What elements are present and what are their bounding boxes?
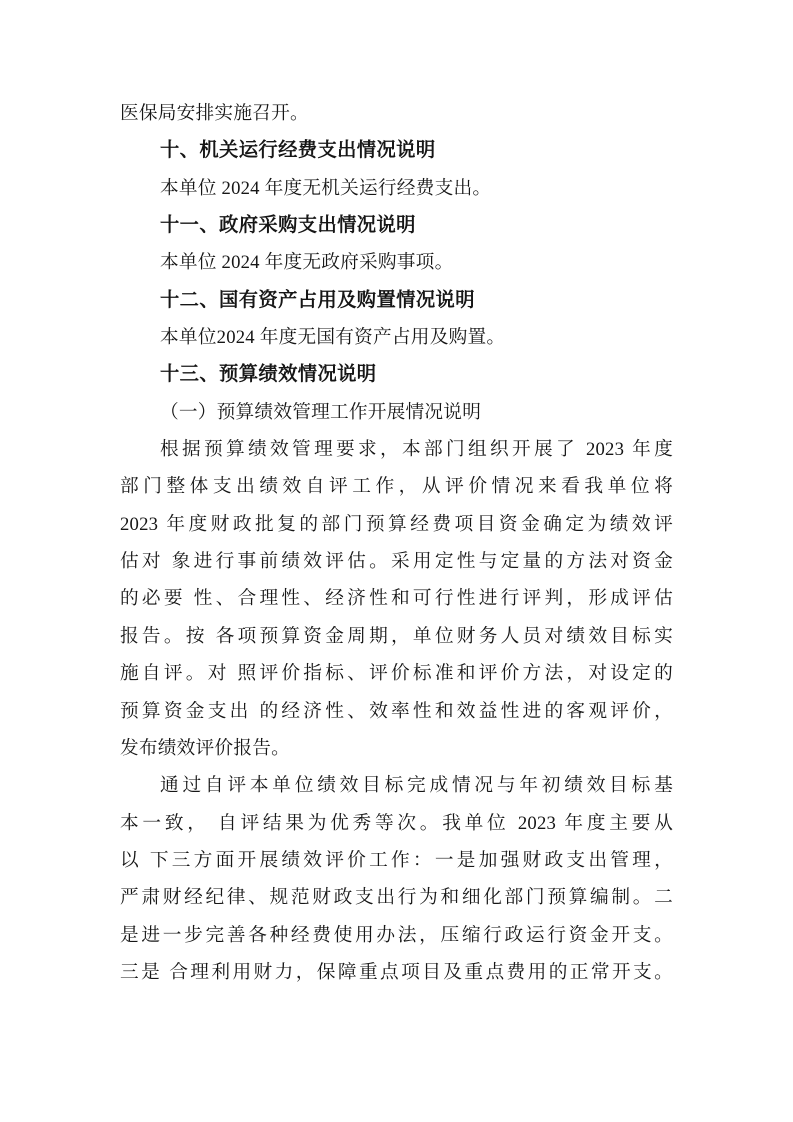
body-text-line: 本一致， 自评结果为优秀等次。我单位 2023 年度主要从 [120, 805, 673, 842]
document-page: 医保局安排实施召开。十、机关运行经费支出情况说明本单位 2024 年度无机关运行… [0, 0, 793, 1122]
body-text-line: 是进一步完善各种经费使用办法，压缩行政运行资金开支。 [120, 917, 673, 954]
body-text-line: 三是 合理利用财力，保障重点项目及重点费用的正常开支。 [120, 954, 673, 991]
body-text-line: 施自评。对 照评价指标、评价标准和评价方法，对设定的 [120, 655, 673, 692]
body-text-line: 本单位2024 年度无国有资产占用及购置。 [120, 319, 673, 356]
body-text-line: 本单位 2024 年度无机关运行经费支出。 [120, 170, 673, 207]
section-heading: 十一、政府采购支出情况说明 [120, 207, 673, 244]
body-text-line: 根据预算绩效管理要求，本部门组织开展了 2023 年度 [120, 431, 673, 468]
body-text-line: 通过自评本单位绩效目标完成情况与年初绩效目标基 [120, 767, 673, 804]
subsection-heading: （一）预算绩效管理工作开展情况说明 [120, 394, 673, 431]
body-text-line: 部门整体支出绩效自评工作，从评价情况来看我单位将 [120, 468, 673, 505]
body-text-line: 发布绩效评价报告。 [120, 730, 673, 767]
body-text-line: 的必要 性、合理性、经济性和可行性进行评判，形成评估 [120, 580, 673, 617]
section-heading: 十、机关运行经费支出情况说明 [120, 132, 673, 169]
body-text-line: 估对 象进行事前绩效评估。采用定性与定量的方法对资金 [120, 543, 673, 580]
body-text-line: 医保局安排实施召开。 [120, 95, 673, 132]
body-text-line: 以 下三方面开展绩效评价工作：一是加强财政支出管理， [120, 842, 673, 879]
section-heading: 十二、国有资产占用及购置情况说明 [120, 282, 673, 319]
body-text-line: 严肃财经纪律、规范财政支出行为和细化部门预算编制。二 [120, 879, 673, 916]
body-text-line: 2023 年度财政批复的部门预算经费项目资金确定为绩效评 [120, 506, 673, 543]
body-text-line: 本单位 2024 年度无政府采购事项。 [120, 244, 673, 281]
body-text-line: 预算资金支出 的经济性、效率性和效益性进的客观评价， [120, 693, 673, 730]
section-heading: 十三、预算绩效情况说明 [120, 356, 673, 393]
document-content: 医保局安排实施召开。十、机关运行经费支出情况说明本单位 2024 年度无机关运行… [120, 95, 673, 991]
body-text-line: 报告。按 各项预算资金周期，单位财务人员对绩效目标实 [120, 618, 673, 655]
